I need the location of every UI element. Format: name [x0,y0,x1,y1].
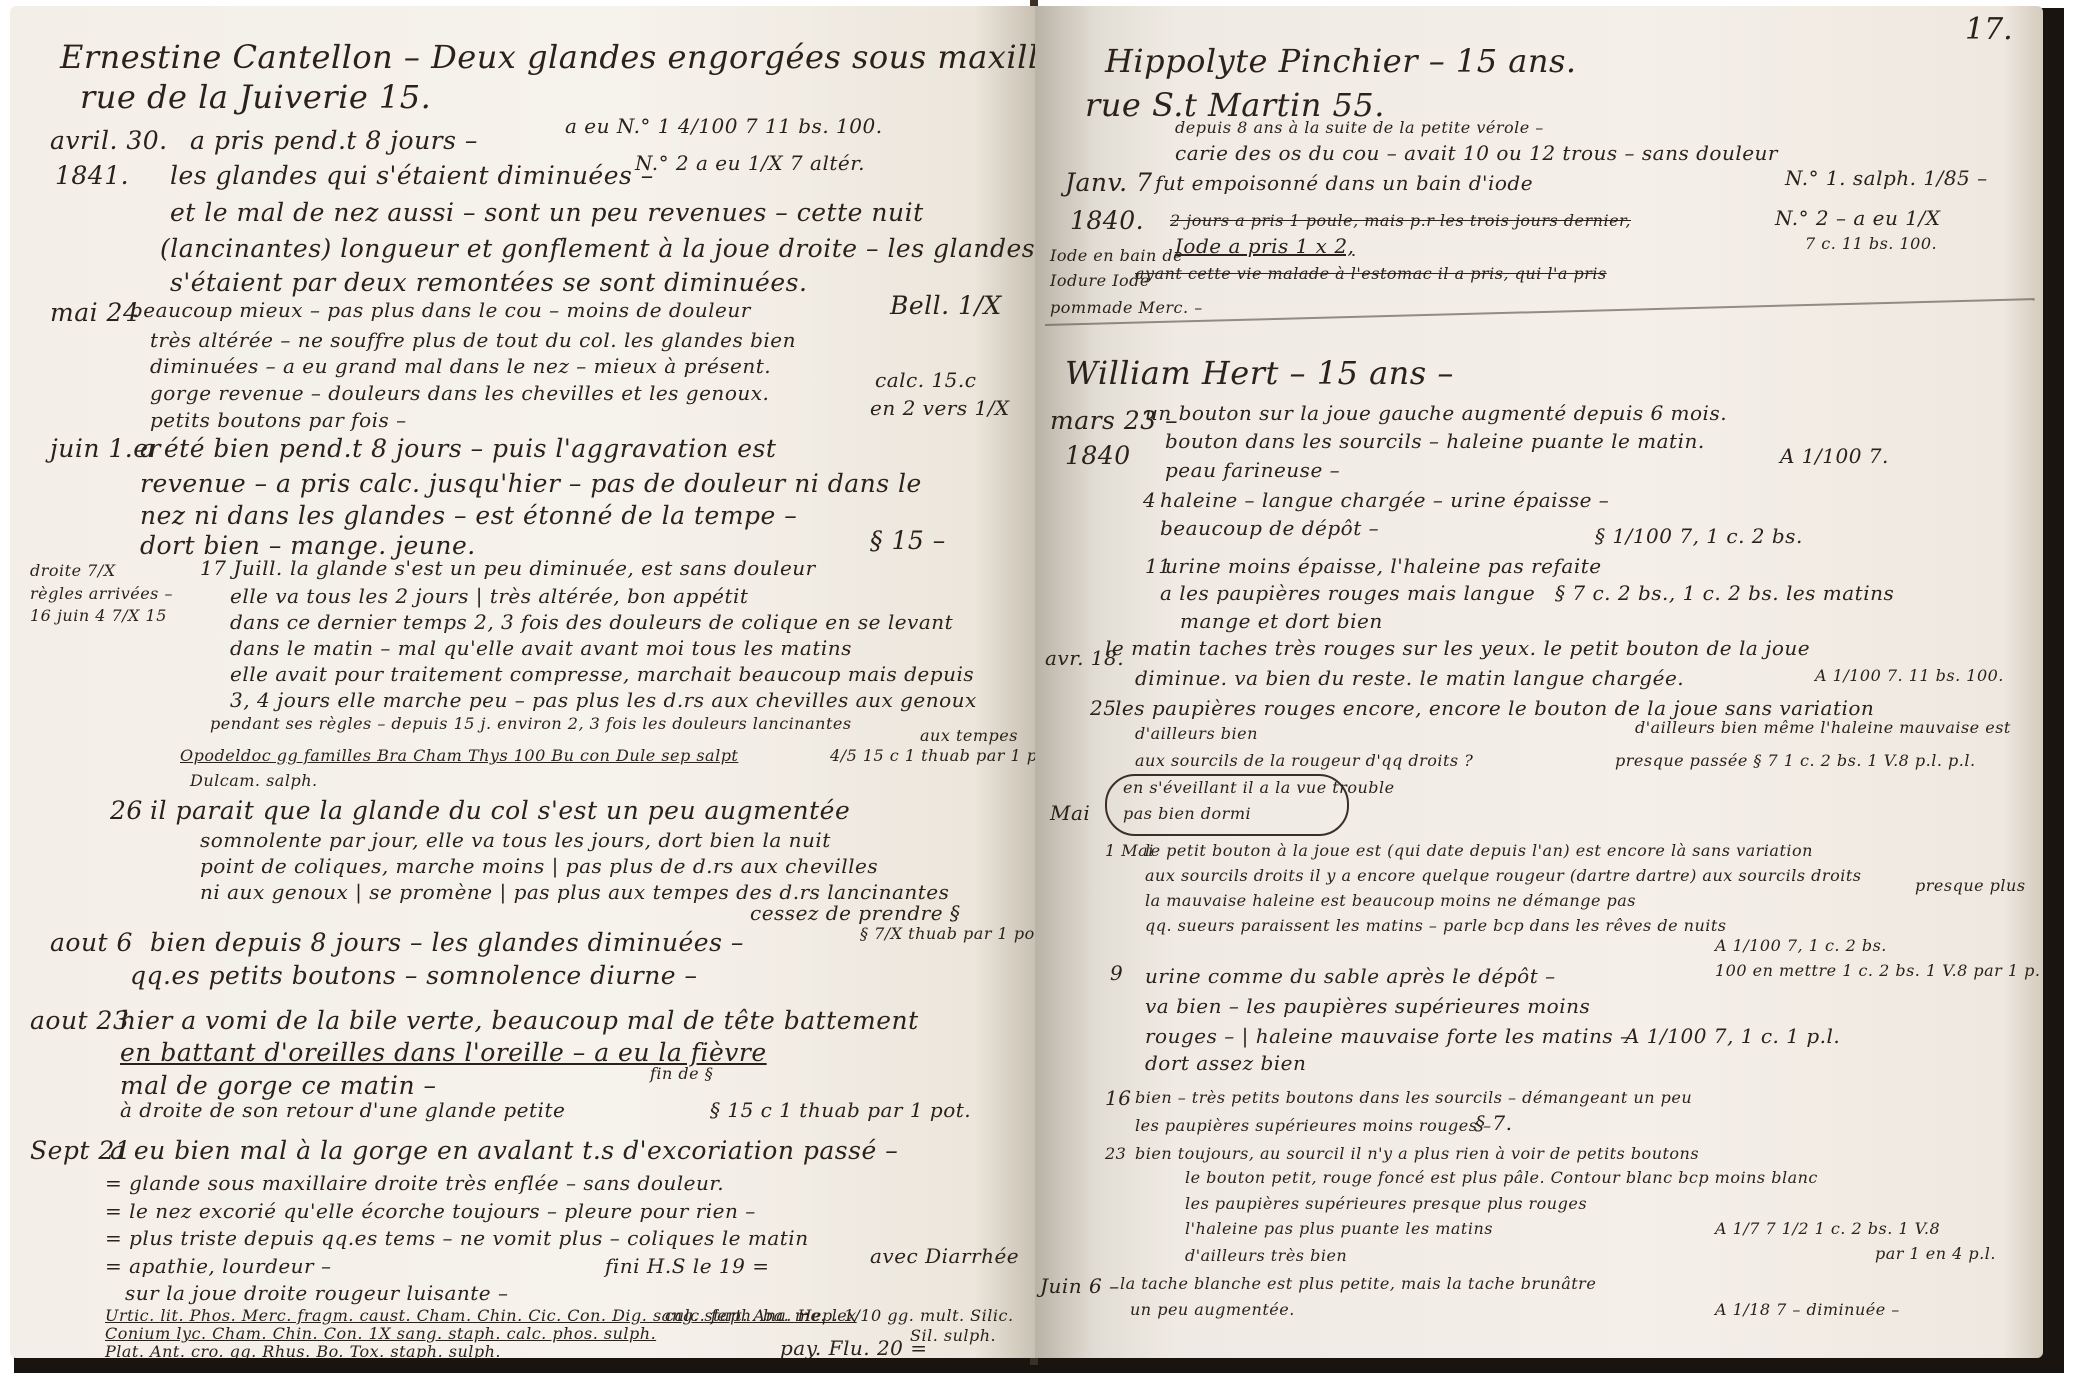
entry-text: à droite de son retour d'une glande peti… [120,1098,565,1122]
patient-header: Hippolyte Pinchier – 15 ans. [1105,42,1577,80]
entry-date: 25 [1090,696,1116,720]
entry-text: a les paupières rouges mais langue [1160,581,1535,605]
dosage-note: § 15 c 1 thuab par 1 pot. [710,1098,971,1122]
entry-date: Juin 6 – [1040,1274,1120,1298]
boxed-note-line: en s'éveillant il a la vue trouble [1123,778,1395,797]
entry-date: aout 23 [30,1006,129,1035]
entry-text: mal de gorge ce matin – [120,1071,437,1100]
entry-text: l'haleine pas plus puante les matins [1185,1219,1493,1238]
entry-text: (lancinantes) longueur et gonflement à l… [160,234,1035,263]
patient-address: rue de la Juiverie 15. [80,78,431,116]
entry-text: a eu bien mal à la gorge en avalant t.s … [110,1136,898,1165]
entry-text: rouges – | haleine mauvaise forte les ma… [1145,1024,1630,1048]
entry-text: diminuées – a eu grand mal dans le nez –… [150,354,771,378]
entry-text: va bien – les paupières supérieures moin… [1145,994,1590,1018]
entry-text: les paupières supérieures presque plus r… [1185,1194,1587,1213]
dosage-note: § 7/X thuab par 1 pot [860,924,1035,943]
remedy-list: Plat. Ant. cro. gg. Rhus. Bo. Tox. staph… [105,1342,501,1358]
entry-text: urine comme du sable après le dépôt – [1145,964,1556,988]
margin-note: règles arrivées – [30,584,173,603]
entry-text: haleine – langue chargée – urine épaisse… [1160,488,1609,512]
entry-text: sur la joue droite rougeur luisante – [125,1281,508,1305]
entry-text: a été bien pend.t 8 jours – puis l'aggra… [140,434,776,463]
dosage-note: avec Diarrhée [870,1244,1019,1268]
remedy-list: Opodeldoc gg familles Bra Cham Thys 100 … [180,746,738,765]
entry-date: 1841. [55,161,129,190]
entry-date: 4 [1143,488,1156,512]
entry-text: hier a vomi de la bile verte, beaucoup m… [120,1006,919,1035]
entry-text-struck: 2 jours a pris 1 poule, mais p.r les tro… [1170,211,1631,230]
dosage-note: en 2 vers 1/X [870,396,1010,420]
entry-date: 1840 [1065,441,1131,470]
entry-date: 1840. [1070,206,1144,235]
entry-text: et le mal de nez aussi – sont un peu rev… [170,198,924,227]
entry-text: dort assez bien [1145,1051,1306,1075]
entry-date: 26 [110,796,143,825]
remedy-note: calc. fert. Ana. Hep. 1/10 gg. mult. Sil… [665,1306,1014,1325]
patient-header: Ernestine Cantellon – Deux glandes engor… [60,38,1035,76]
entry-text: la glande s'est un peu diminuée, est san… [290,556,816,580]
entry-text: les paupières rouges encore, encore le b… [1115,696,1874,720]
entry-text: dans ce dernier temps 2, 3 fois des doul… [230,610,953,634]
right-page: 17. Hippolyte Pinchier – 15 ans. rue S.t… [1035,6,2043,1358]
entry-text: = le nez excorié qu'elle écorche toujour… [105,1199,756,1223]
entry-date: 16 [1105,1086,1131,1110]
entry-text: a pris pend.t 8 jours – [190,126,478,155]
dosage-note: d'ailleurs bien même l'haleine mauvaise … [1635,718,2011,737]
entry-text: mange et dort bien [1180,609,1383,633]
entry-text: nez ni dans les glandes – est étonné de … [140,501,797,530]
entry-text: petits boutons par fois – [150,408,407,432]
entry-text: pendant ses règles – depuis 15 j. enviro… [210,714,852,733]
entry-text: urine moins épaisse, l'haleine pas refai… [1165,554,1602,578]
dosage-note: fin de § [650,1064,713,1083]
entry-text: bien toujours, au sourcil il n'y a plus … [1135,1144,1699,1163]
entry-date: 9 [1110,961,1123,985]
entry-text: s'étaient par deux remontées se sont dim… [170,268,807,297]
dosage-note: presque plus [1915,876,2026,895]
dosage-note: calc. 15.c [875,368,976,392]
entry-text: le matin taches très rouges sur les yeux… [1105,636,1810,660]
boxed-note-line: pas bien dormi [1123,804,1251,823]
entry-text: elle va tous les 2 jours | très altérée,… [230,584,748,608]
entry-text: très altérée – ne souffre plus de tout d… [150,328,796,352]
entry-text: 3, 4 jours elle marche peu – pas plus le… [230,688,977,712]
entry-text: somnolente par jour, elle va tous les jo… [200,828,831,852]
entry-text: un peu augmentée. [1130,1300,1295,1319]
entry-date: 23 [1105,1144,1126,1163]
dosage-note: N.° 2 a eu 1/X 7 altér. [635,151,865,175]
dosage-note: A 1/18 7 – diminuée – [1715,1300,1900,1319]
dosage-note: presque passée § 7 1 c. 2 bs. 1 V.8 p.l.… [1615,751,1976,770]
entry-date: avril. 30. [50,126,168,155]
entry-text: dans le matin – mal qu'elle avait avant … [230,636,852,660]
margin-date: Mai [1050,801,1090,825]
entry-text: le bouton petit, rouge foncé est plus pâ… [1185,1168,1818,1187]
entry-text: beaucoup mieux – pas plus dans le cou – … [130,298,751,322]
signature-note: pay. Flu. 20 = [780,1336,928,1358]
entry-text: elle avait pour traitement compresse, ma… [230,662,974,686]
dosage-note: 4/5 15 c 1 thuab par 1 pot. C. [830,746,1035,765]
entry-text: la mauvaise haleine est beaucoup moins n… [1145,891,1636,910]
entry-date: Janv. 7 [1065,168,1152,197]
dosage-note: 100 en mettre 1 c. 2 bs. 1 V.8 par 1 p. … [1715,961,2043,980]
entry-text: point de coliques, marche moins | pas pl… [200,854,878,878]
entry-date: mai 24 [50,298,139,327]
entry-text: peau farineuse – [1165,458,1340,482]
margin-note: pommade Merc. – [1050,298,1203,317]
dosage-note: A 1/100 7. [1780,444,1889,468]
entry-text: d'ailleurs très bien [1185,1246,1347,1265]
dosage-note: aux tempes [920,726,1018,745]
entry-text: = glande sous maxillaire droite très enf… [105,1171,724,1195]
entry-text: fut empoisonné dans un bain d'iode [1155,171,1533,195]
entry-text: Dulcam. salph. [190,771,318,790]
dosage-note: Bell. 1/X [890,291,1002,320]
entry-text: = apathie, lourdeur – [105,1254,331,1278]
dosage-note: cessez de prendre § [750,901,960,925]
entry-text: depuis 8 ans à la suite de la petite vér… [1175,118,1544,137]
dosage-note: A 1/100 7. 11 bs. 100. [1815,666,2004,685]
dosage-note: A 1/100 7, 1 c. 2 bs. [1715,936,1887,955]
entry-text: le petit bouton à la joue est (qui date … [1145,841,1813,860]
entry-text: un bouton sur la joue gauche augmenté de… [1145,401,1727,425]
entry-text: qq. sueurs paraissent les matins – parle… [1145,916,1727,935]
entry-text: Iode a pris 1 x 2, [1175,234,1354,258]
entry-text: aux sourcils droits il y a encore quelqu… [1145,866,1861,885]
left-page: Ernestine Cantellon – Deux glandes engor… [10,6,1035,1358]
entry-text: beaucoup de dépôt – [1160,516,1379,540]
entry-text: aux sourcils de la rougeur d'qq droits ? [1135,751,1473,770]
entry-text: gorge revenue – douleurs dans les chevil… [150,381,769,405]
dosage-note: N.° 1. salph. 1/85 – [1785,166,1988,190]
entry-text: bien – très petits boutons dans les sour… [1135,1088,1692,1107]
dosage-note: § 7. [1475,1111,1512,1135]
dosage-note: a eu N.° 1 4/100 7 11 bs. 100. [565,114,883,138]
dosage-note: § 15 – [870,526,946,555]
dosage-note: § 7 c. 2 bs., 1 c. 2 bs. les matins [1555,581,1894,605]
entry-text-struck: ayant cette vie malade à l'estomac il a … [1135,264,1607,283]
entry-text: bien depuis 8 jours – les glandes diminu… [150,928,744,957]
entry-date: aout 6 [50,928,133,957]
dosage-note: § 1/100 7, 1 c. 2 bs. [1595,524,1803,548]
dosage-note: A 1/100 7, 1 c. 1 p.l. [1625,1024,1840,1048]
dosage-note: 7 c. 11 bs. 100. [1805,234,1937,253]
entry-text: la tache blanche est plus petite, mais l… [1120,1274,1596,1293]
dosage-note: A 1/7 7 1/2 1 c. 2 bs. 1 V.8 [1715,1219,1940,1238]
entry-text: d'ailleurs bien [1135,724,1258,743]
entry-text: revenue – a pris calc. jusqu'hier – pas … [140,469,922,498]
entry-text: qq.es petits boutons – somnolence diurne… [130,961,698,990]
entry-text: bouton dans les sourcils – haleine puant… [1165,429,1705,453]
margin-note: 16 juin 4 7/X 15 [30,606,167,625]
entry-text: diminue. va bien du reste. le matin lang… [1135,666,1684,690]
entry-text: carie des os du cou – avait 10 ou 12 tro… [1175,141,1778,165]
page-number: 17. [1965,12,2013,47]
entry-text: = plus triste depuis qq.es tems – ne vom… [105,1226,809,1250]
dosage-note: par 1 en 4 p.l. [1875,1244,1996,1263]
remedy-list: Conium lyc. Cham. Chin. Con. 1X sang. st… [105,1324,656,1343]
entry-text: il parait que la glande du col s'est un … [150,796,850,825]
dosage-note: N.° 2 – a eu 1/X [1775,206,1940,230]
margin-note: droite 7/X [30,561,116,580]
entry-text: les paupières supérieures moins rouges – [1135,1116,1492,1135]
entry-text: les glandes qui s'étaient diminuées – [170,161,654,190]
entry-date: 17 Juill. [200,556,283,580]
margin-note: Iode en bain de [1050,246,1183,265]
entry-text: en battant d'oreilles dans l'oreille – a… [120,1038,767,1067]
patient-header: William Hert – 15 ans – [1065,354,1454,392]
dosage-note: fini H.S le 19 = [605,1254,769,1278]
